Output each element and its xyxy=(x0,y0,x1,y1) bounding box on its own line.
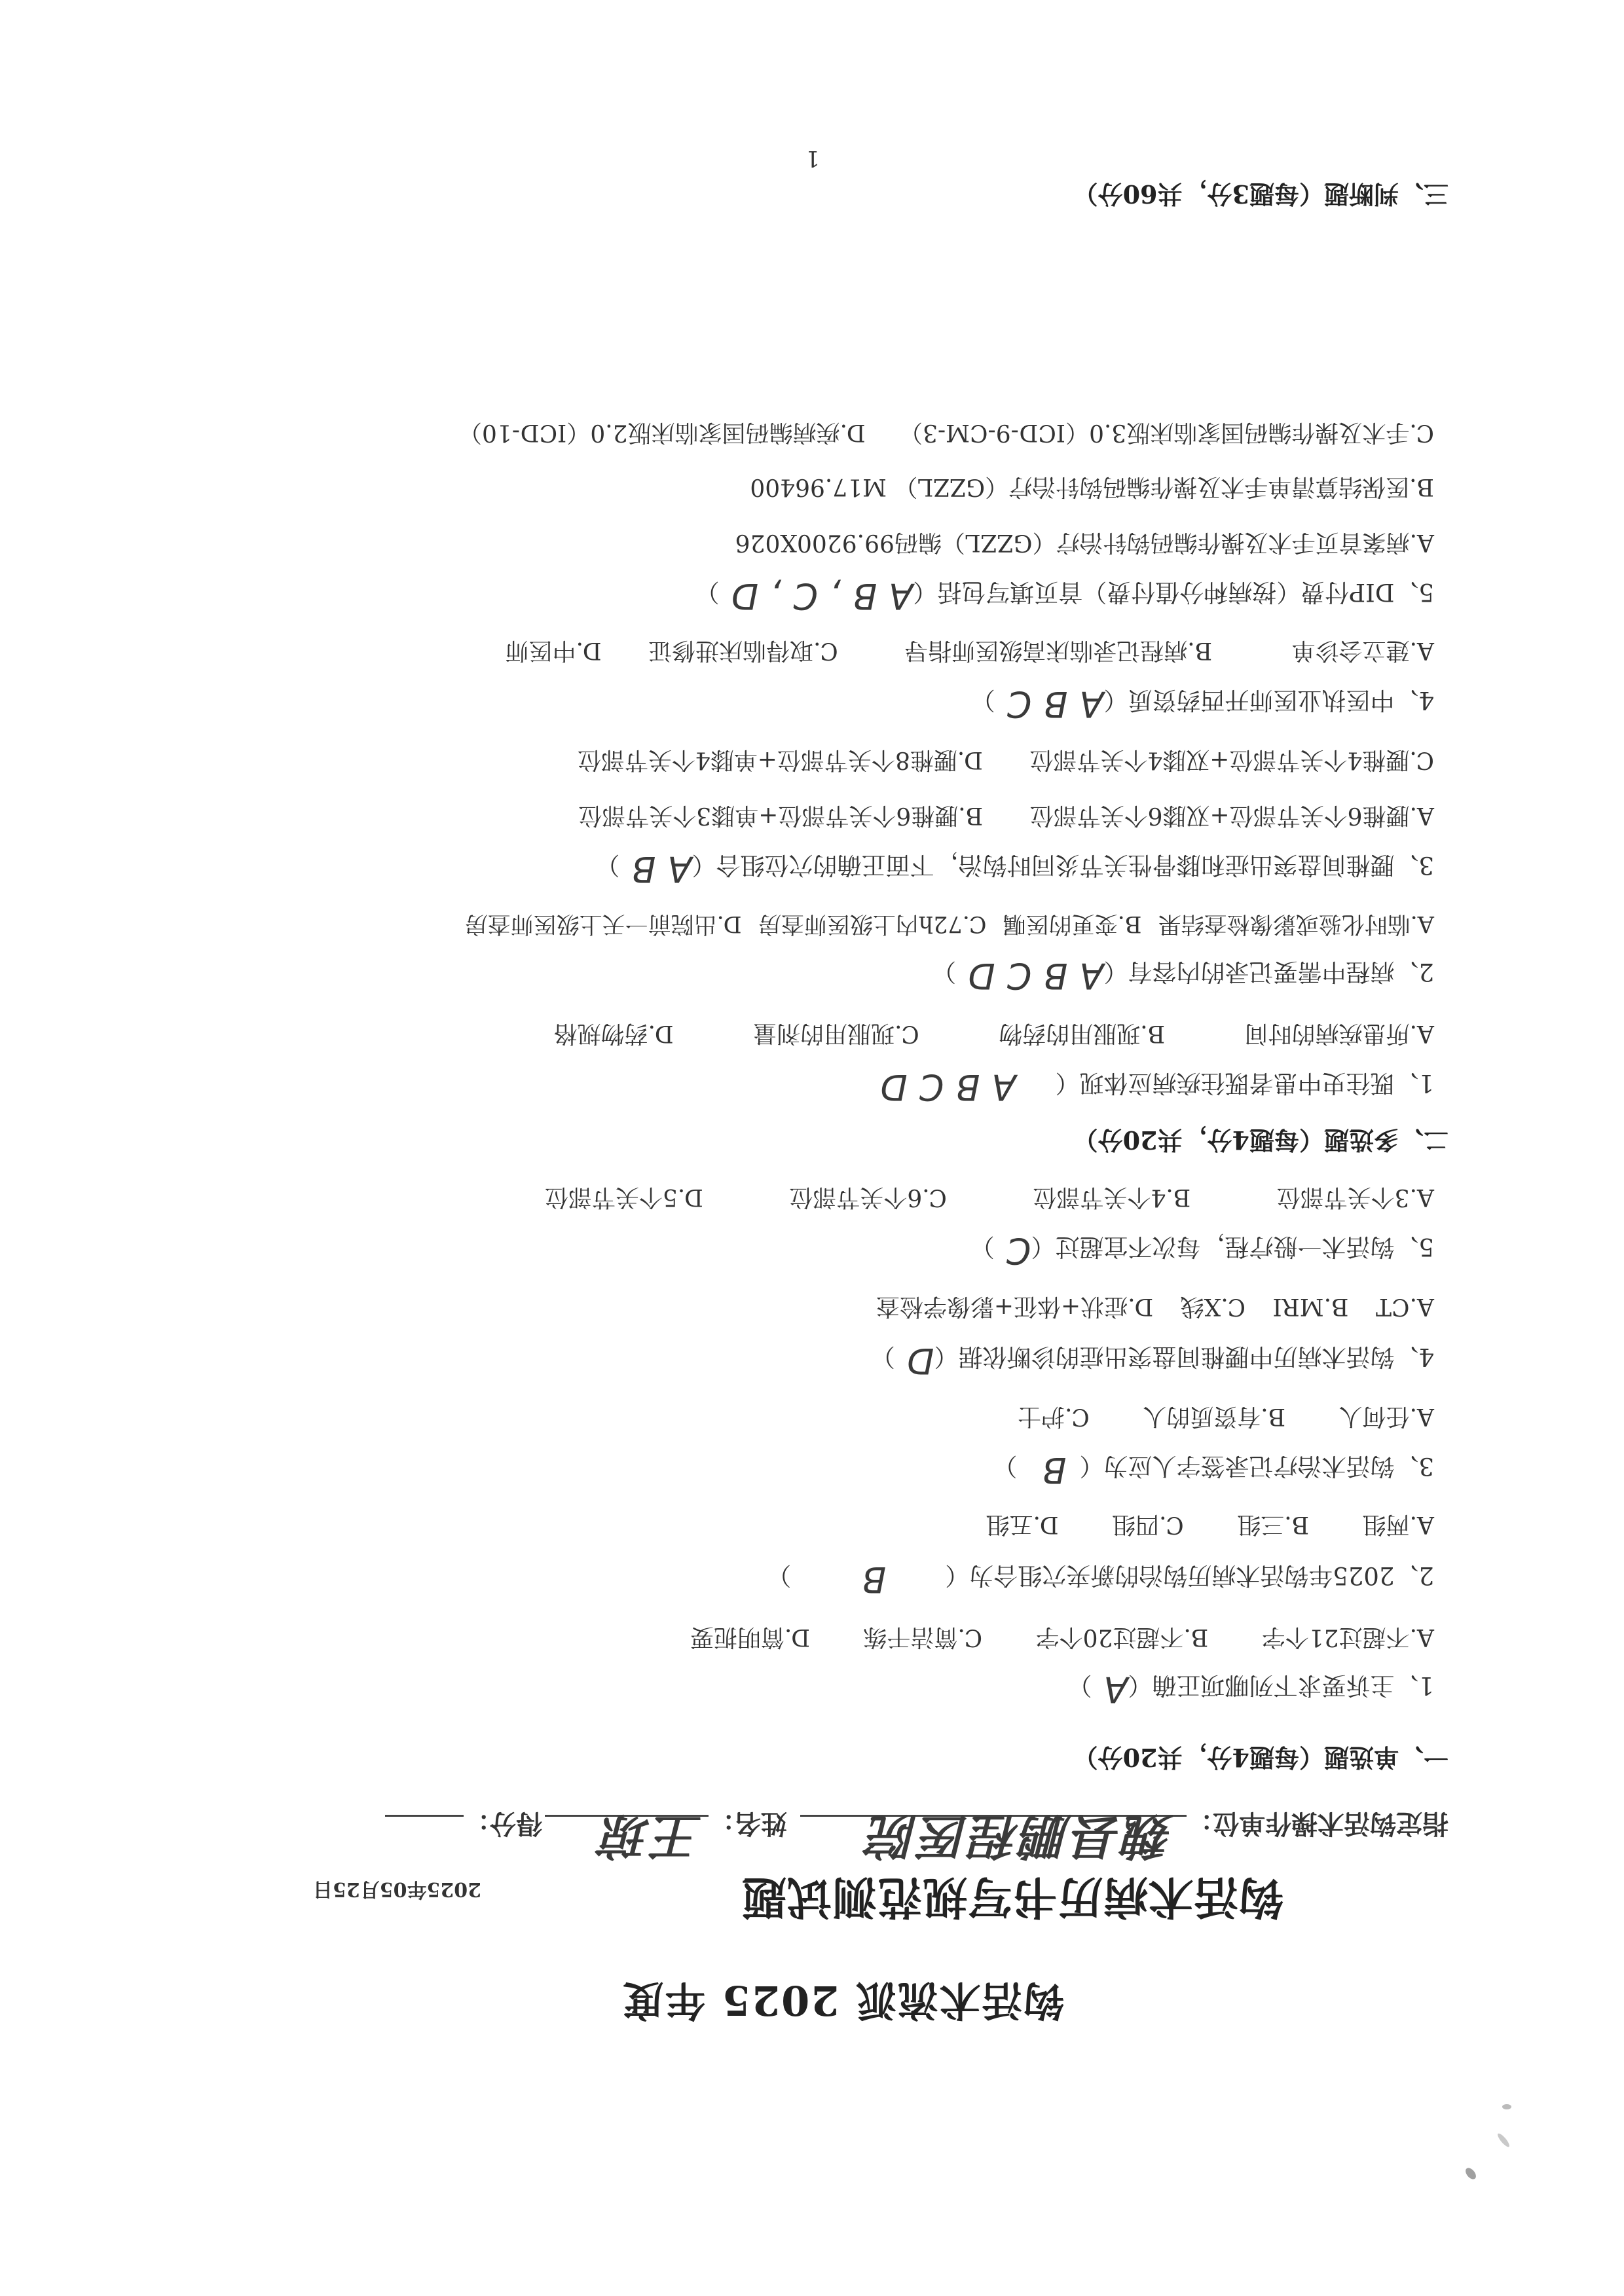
answer-handwriting[interactable]: B xyxy=(1030,1449,1066,1491)
answer-handwriting[interactable]: AB,C,D xyxy=(720,575,913,617)
option-2-5-a[interactable]: A.病案首页手术及操作编码钩针治疗（GZZL）编码99.9200X026 xyxy=(735,528,1434,561)
options-2-2: A.临时化验或影像检查结果 B.变更的医嘱 C.72h内上级医师查房 D.出院前… xyxy=(419,909,1434,942)
option[interactable]: D.简明扼要 xyxy=(690,1624,810,1650)
options-1-2: A.两组 B.三组 C.四组 D.五组 xyxy=(940,1510,1434,1543)
option[interactable]: C.取得临床进修证 xyxy=(648,637,838,664)
scan-speck xyxy=(1496,2132,1511,2148)
scan-speck xyxy=(1464,2166,1478,2181)
answer-handwriting[interactable]: B xyxy=(850,1559,886,1600)
document-title: 钩活术流派 2025 年度 xyxy=(621,1975,1064,2033)
option[interactable]: C.6个关节部位 xyxy=(789,1184,947,1211)
option[interactable]: D.中医师 xyxy=(506,637,602,664)
options-2-3b: C.腰椎4个关节部位+双膝4个关节部位 D.腰椎8个关节部位+单膝4个关节部位 xyxy=(532,745,1434,778)
option[interactable]: C.手术及操作编码国家临床版3.0（ICD-9-CM-3） xyxy=(899,419,1434,446)
question-1-5: 5、钩活术一般疗程，每次不宜超过（C） xyxy=(970,1230,1434,1271)
option[interactable]: C.简洁干练 xyxy=(863,1624,982,1650)
section-heading-true-false: 三、判断题（每题3分，共60分） xyxy=(1073,178,1449,214)
option[interactable]: C.现服用的剂量 xyxy=(753,1020,919,1047)
name-field[interactable]: 王琼 xyxy=(545,1815,709,1843)
option-2-5-b[interactable]: B.医保结算清单手术及操作编码钩针治疗（GZZL） M17.96400 xyxy=(750,472,1434,505)
question-2-1: 1、既往史中患者既往疾病应体现（ABCD xyxy=(868,1066,1434,1108)
exam-date: 2025年05月25日 xyxy=(313,1877,481,1906)
option[interactable]: D.五组 xyxy=(986,1511,1059,1538)
option[interactable]: B.4个关节部位 xyxy=(1033,1184,1190,1211)
exam-page: 钩活术流派 2025 年度 钩活术病历书写规范测试题 2025年05月25日 指… xyxy=(0,0,1624,2296)
question-1-2: 2、2025年钩活术病历钩治的新夹穴组合为（B） xyxy=(767,1559,1434,1600)
option[interactable]: D.5个关节部位 xyxy=(545,1184,703,1211)
option[interactable]: A.任何人 xyxy=(1339,1403,1434,1430)
option[interactable]: B.变更的医嘱 xyxy=(1003,911,1142,937)
option[interactable]: B.病程记录临床高级医师指导 xyxy=(904,637,1212,664)
options-2-1: A.所患疾病的时间 B.现服用的药物 C.现服用的剂量 D.药物规格 xyxy=(508,1019,1434,1052)
option[interactable]: C.腰椎4个关节部位+双膝4个关节部位 xyxy=(1029,746,1434,773)
answer-handwriting[interactable]: AB xyxy=(619,848,692,890)
option[interactable]: C.X线 xyxy=(1181,1293,1246,1320)
options-2-4: A.建立会诊单 B.病程记录临床高级医师指导 C.取得临床进修证 D.中医师 xyxy=(460,636,1434,669)
answer-handwriting[interactable]: ABCD xyxy=(868,1066,1016,1108)
scan-speck xyxy=(1502,2104,1511,2109)
question-1-4: 4、钩活术病历中腰椎间盘突出症的诊断依据（D） xyxy=(871,1340,1434,1381)
answer-handwriting[interactable]: ABCD xyxy=(956,955,1103,996)
section-heading-multiple-choice: 二、多选题（每题4分，共20分） xyxy=(1073,1124,1449,1160)
option[interactable]: B.MRI xyxy=(1272,1293,1348,1320)
info-line: 指定钩活术操作单位：魏县鹏程医院姓名：王琼得分： xyxy=(385,1807,1449,1844)
option[interactable]: A.临时化验或影像检查结果 xyxy=(1158,911,1434,937)
unit-handwriting: 魏县鹏程医院 xyxy=(867,1805,1173,1874)
unit-label: 指定钩活术操作单位： xyxy=(1187,1808,1449,1839)
name-handwriting: 王琼 xyxy=(600,1805,702,1874)
options-1-3: A.任何人 B.有资质的人 C.护士 xyxy=(972,1402,1434,1435)
option[interactable]: C.护士 xyxy=(1018,1403,1090,1430)
option[interactable]: B.腰椎6个关节部位+单膝3个关节部位 xyxy=(578,802,983,829)
option[interactable]: A.腰椎6个关节部位+双膝6个关节部位 xyxy=(1030,802,1434,829)
question-1-3: 3、钩活术治疗记录签字人应为（B） xyxy=(993,1449,1434,1491)
answer-handwriting[interactable]: C xyxy=(995,1230,1031,1271)
options-1-5: A.3个关节部位 B.4个关节部位 C.6个关节部位 D.5个关节部位 xyxy=(499,1182,1434,1216)
option[interactable]: B.现服用的药物 xyxy=(999,1020,1165,1047)
options-1-1: A.不超过21个字 B.不超过20个字 C.简洁干练 D.简明扼要 xyxy=(644,1622,1434,1656)
option[interactable]: D.出院前一天上级医师查房 xyxy=(465,911,742,937)
option[interactable]: A.3个关节部位 xyxy=(1277,1184,1434,1211)
option[interactable]: D.症状+体征+影像学检查 xyxy=(876,1293,1153,1320)
option[interactable]: D.腰椎8个关节部位+单膝4个关节部位 xyxy=(578,746,983,773)
option[interactable]: A.所患疾病的时间 xyxy=(1245,1020,1434,1047)
question-2-3: 3、腰椎间盘突出症和膝骨性关节炎同时钩治，下面正确的穴位组合（AB） xyxy=(595,848,1434,890)
question-1-1: 1、主诉要求下列哪项正确（A） xyxy=(1068,1669,1435,1710)
option[interactable]: D.药物规格 xyxy=(554,1020,674,1047)
answer-handwriting[interactable]: D xyxy=(895,1340,934,1381)
document-subtitle: 钩活术病历书写规范测试题 xyxy=(741,1868,1283,1932)
option[interactable]: A.建立会诊单 xyxy=(1292,637,1434,664)
option[interactable]: A.不超过21个字 xyxy=(1262,1624,1434,1650)
option[interactable]: B.不超过20个字 xyxy=(1036,1624,1209,1650)
score-field[interactable] xyxy=(385,1815,464,1843)
page-number: 1 xyxy=(805,145,820,172)
answer-handwriting[interactable]: A xyxy=(1092,1669,1128,1710)
option[interactable]: C.四组 xyxy=(1112,1511,1184,1538)
option[interactable]: D.疾病编码国家临床版2.0（ICD-10） xyxy=(458,419,866,446)
question-2-5: 5、DIP付费（按病种分值付费）首页填写包括（AB,C,D） xyxy=(695,575,1434,617)
options-2-3a: A.腰椎6个关节部位+双膝6个关节部位 B.腰椎6个关节部位+单膝3个关节部位 xyxy=(532,801,1434,834)
options-1-4: A.CT B.MRI C.X线 D.症状+体征+影像学检查 xyxy=(830,1292,1434,1325)
option[interactable]: A.两组 xyxy=(1363,1511,1434,1538)
options-2-5-cd: C.手术及操作编码国家临床版3.0（ICD-9-CM-3） D.疾病编码国家临床… xyxy=(413,418,1434,451)
option[interactable]: A.CT xyxy=(1376,1293,1434,1320)
unit-field[interactable]: 魏县鹏程医院 xyxy=(800,1815,1187,1843)
option[interactable]: C.72h内上级医师查房 xyxy=(758,911,987,937)
option[interactable]: B.有资质的人 xyxy=(1143,1403,1285,1430)
option[interactable]: B.三组 xyxy=(1237,1511,1309,1538)
score-label: 得分： xyxy=(464,1808,542,1839)
answer-handwriting[interactable]: ABC xyxy=(995,683,1104,725)
name-label: 姓名： xyxy=(709,1808,787,1839)
section-heading-single-choice: 一、单选题（每题4分，共20分） xyxy=(1073,1741,1449,1777)
question-2-4: 4、中医执业医师开西药资质（ABC） xyxy=(971,683,1434,725)
question-2-2: 2、病程中需要记录的内容有（ABCD） xyxy=(932,955,1434,996)
